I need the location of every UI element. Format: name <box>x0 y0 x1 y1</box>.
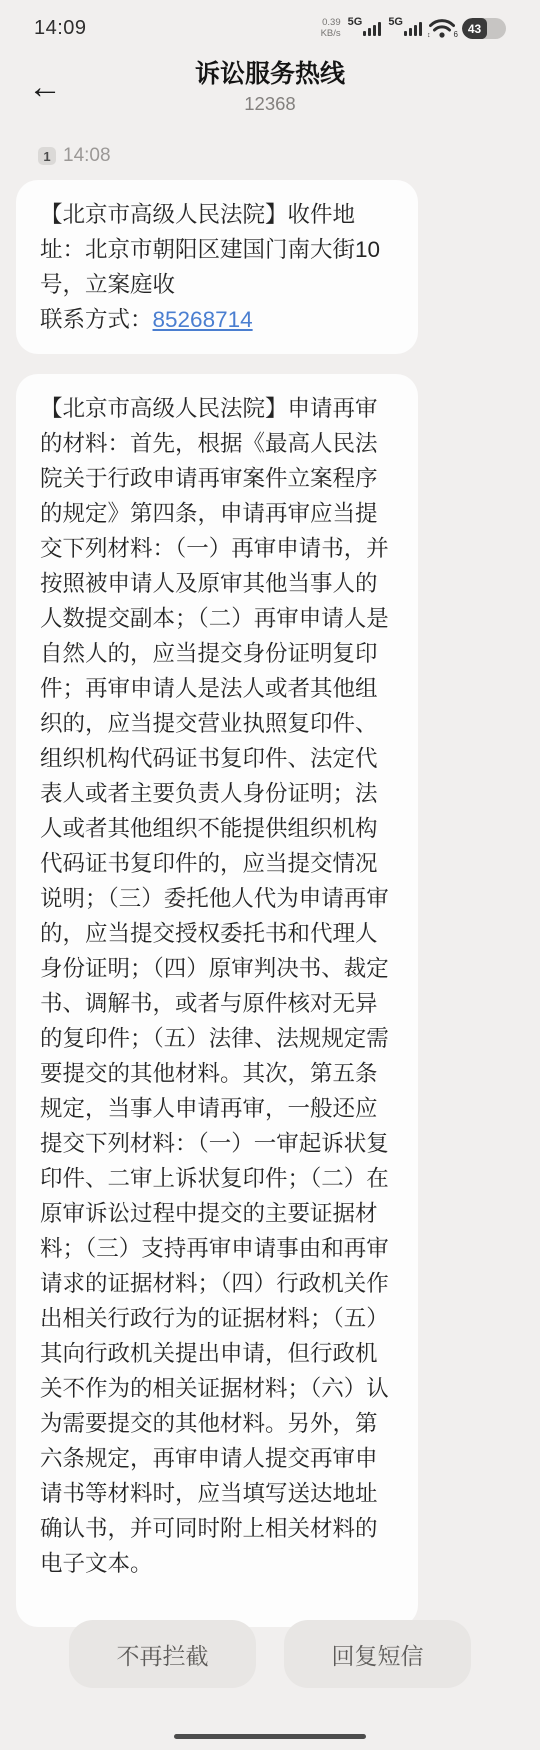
back-button[interactable]: ← <box>28 63 76 111</box>
reply-sms-button[interactable]: 回复短信 <box>284 1620 471 1688</box>
sms-app-screen: 14:09 0.39 KB/s 5G 5G ↕ 6 <box>0 0 540 1627</box>
sim1-signal-bars-icon <box>363 22 381 36</box>
sim2-signal-icon: 5G <box>388 22 422 36</box>
sender-number-subtitle: 12368 <box>0 93 540 115</box>
phone-number-link[interactable]: 85268714 <box>153 307 253 332</box>
battery-fill: 43 <box>462 18 487 39</box>
network-speed-indicator: 0.39 KB/s <box>321 18 341 39</box>
wifi6-label: 6 <box>454 30 458 39</box>
bottom-action-bar: 不再拦截 回复短信 <box>0 1620 540 1688</box>
battery-percent: 43 <box>468 22 481 36</box>
timestamp-row: 1 14:08 <box>38 145 524 167</box>
sim2-network-label: 5G <box>388 16 403 28</box>
sim1-network-label: 5G <box>348 16 363 28</box>
contact-line: 联系方式：85268714 <box>40 302 394 337</box>
message-timestamp: 14:08 <box>63 145 111 167</box>
message-list: 1 14:08 【北京市高级人民法院】收件地址：北京市朝阳区建国门南大街10号，… <box>0 145 540 1627</box>
message-bubble-materials[interactable]: 【北京市高级人民法院】申请再审的材料：首先，根据《最高人民法院关于行政申请再审案… <box>16 374 418 1627</box>
battery-indicator: 43 <box>462 18 506 39</box>
sim1-signal-icon: 5G <box>348 22 382 36</box>
wifi-activity-icon: ↕ <box>427 32 431 39</box>
home-indicator-bar[interactable] <box>174 1734 366 1739</box>
wifi-icon: ↕ 6 <box>429 19 455 38</box>
sim-slot-badge: 1 <box>38 147 56 165</box>
status-time: 14:09 <box>34 17 87 40</box>
message-bubble-address[interactable]: 【北京市高级人民法院】收件地址：北京市朝阳区建国门南大街10号，立案庭收 联系方… <box>16 180 418 354</box>
message-text: 【北京市高级人民法院】收件地址：北京市朝阳区建国门南大街10号，立案庭收 <box>40 197 394 302</box>
network-speed-unit: KB/s <box>321 29 341 40</box>
status-right-cluster: 0.39 KB/s 5G 5G ↕ 6 <box>321 18 506 39</box>
message-text: 【北京市高级人民法院】申请再审的材料：首先，根据《最高人民法院关于行政申请再审案… <box>40 391 394 1581</box>
network-speed-value: 0.39 <box>322 18 341 29</box>
stop-blocking-button[interactable]: 不再拦截 <box>69 1620 256 1688</box>
conversation-header: ← 诉讼服务热线 12368 <box>0 45 540 130</box>
contact-label: 联系方式： <box>40 307 153 332</box>
page-title: 诉讼服务热线 <box>0 59 540 89</box>
status-bar: 14:09 0.39 KB/s 5G 5G ↕ 6 <box>0 0 540 45</box>
sim2-signal-bars-icon <box>404 22 422 36</box>
